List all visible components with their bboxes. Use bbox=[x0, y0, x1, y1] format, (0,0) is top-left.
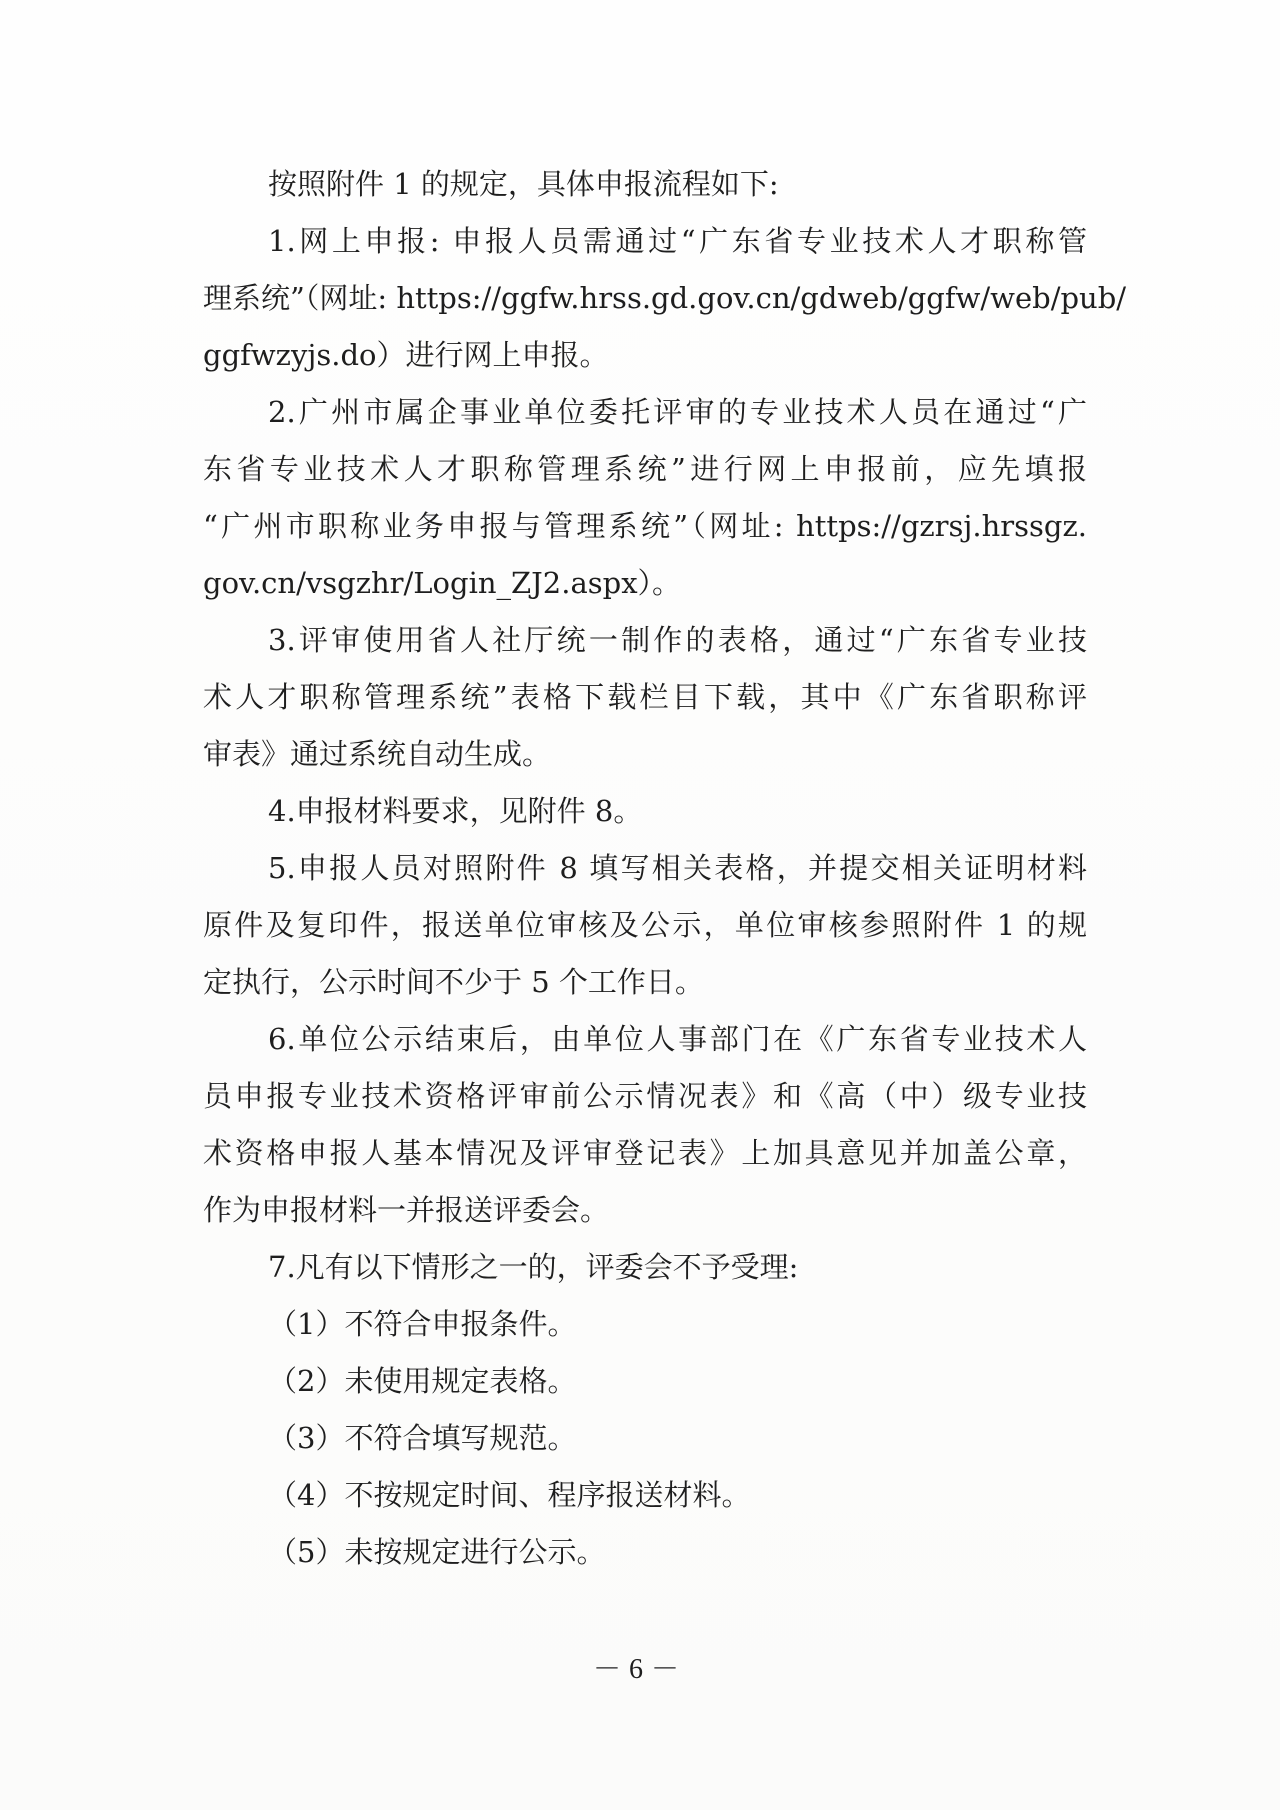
item-5-line-1: 5.申报人员对照附件 8 填写相关表格，并提交相关证明材料 bbox=[268, 848, 1087, 888]
item-2-line-3: “广州市职称业务申报与管理系统”（网址: https://gzrsj.hrssg… bbox=[203, 506, 1087, 546]
item-6-line-1: 6.单位公示结束后，由单位人事部门在《广东省专业技术人 bbox=[268, 1019, 1087, 1059]
item-2-line-2: 东省专业技术人才职称管理系统”进行网上申报前，应先填报 bbox=[203, 449, 1087, 489]
item-7-heading: 7.凡有以下情形之一的，评委会不予受理: bbox=[268, 1247, 1087, 1287]
item-4: 4.申报材料要求，见附件 8。 bbox=[268, 791, 1087, 831]
item-1-line-3: ggfwzyjs.do）进行网上申报。 bbox=[203, 335, 1087, 375]
item-2-line-1: 2.广州市属企事业单位委托评审的专业技术人员在通过“广 bbox=[268, 392, 1087, 432]
page-number: －6－ bbox=[0, 1652, 1280, 1688]
item-1-line-2: 理系统”（网址: https://ggfw.hrss.gd.gov.cn/gdw… bbox=[203, 278, 1087, 318]
item-2-line-4: gov.cn/vsgzhr/Login_ZJ2.aspx）。 bbox=[203, 563, 1087, 603]
document-page: 按照附件 1 的规定，具体申报流程如下: 1.网上申报: 申报人员需通过“广东省… bbox=[0, 0, 1280, 1810]
item-3-line-2: 术人才职称管理系统”表格下载栏目下载，其中《广东省职称评 bbox=[203, 677, 1087, 717]
item-7-sub-1: （1）不符合申报条件。 bbox=[268, 1304, 968, 1344]
item-6-line-2: 员申报专业技术资格评审前公示情况表》和《高（中）级专业技 bbox=[203, 1076, 1087, 1116]
item-5-line-3: 定执行，公示时间不少于 5 个工作日。 bbox=[203, 962, 1087, 1002]
item-3-line-3: 审表》通过系统自动生成。 bbox=[203, 734, 1087, 774]
item-5-line-2: 原件及复印件，报送单位审核及公示，单位审核参照附件 1 的规 bbox=[203, 905, 1087, 945]
item-7-sub-3: （3）不符合填写规范。 bbox=[268, 1418, 968, 1458]
item-3-line-1: 3.评审使用省人社厅统一制作的表格，通过“广东省专业技 bbox=[268, 620, 1087, 660]
item-1-line-1: 1.网上申报: 申报人员需通过“广东省专业技术人才职称管 bbox=[268, 221, 1087, 261]
item-7-sub-2: （2）未使用规定表格。 bbox=[268, 1361, 968, 1401]
item-6-line-4: 作为申报材料一并报送评委会。 bbox=[203, 1190, 1087, 1230]
intro-paragraph: 按照附件 1 的规定，具体申报流程如下: bbox=[268, 164, 1087, 204]
item-7-sub-5: （5）未按规定进行公示。 bbox=[268, 1532, 968, 1572]
item-7-sub-4: （4）不按规定时间、程序报送材料。 bbox=[268, 1475, 968, 1515]
item-6-line-3: 术资格申报人基本情况及评审登记表》上加具意见并加盖公章， bbox=[203, 1133, 1087, 1173]
